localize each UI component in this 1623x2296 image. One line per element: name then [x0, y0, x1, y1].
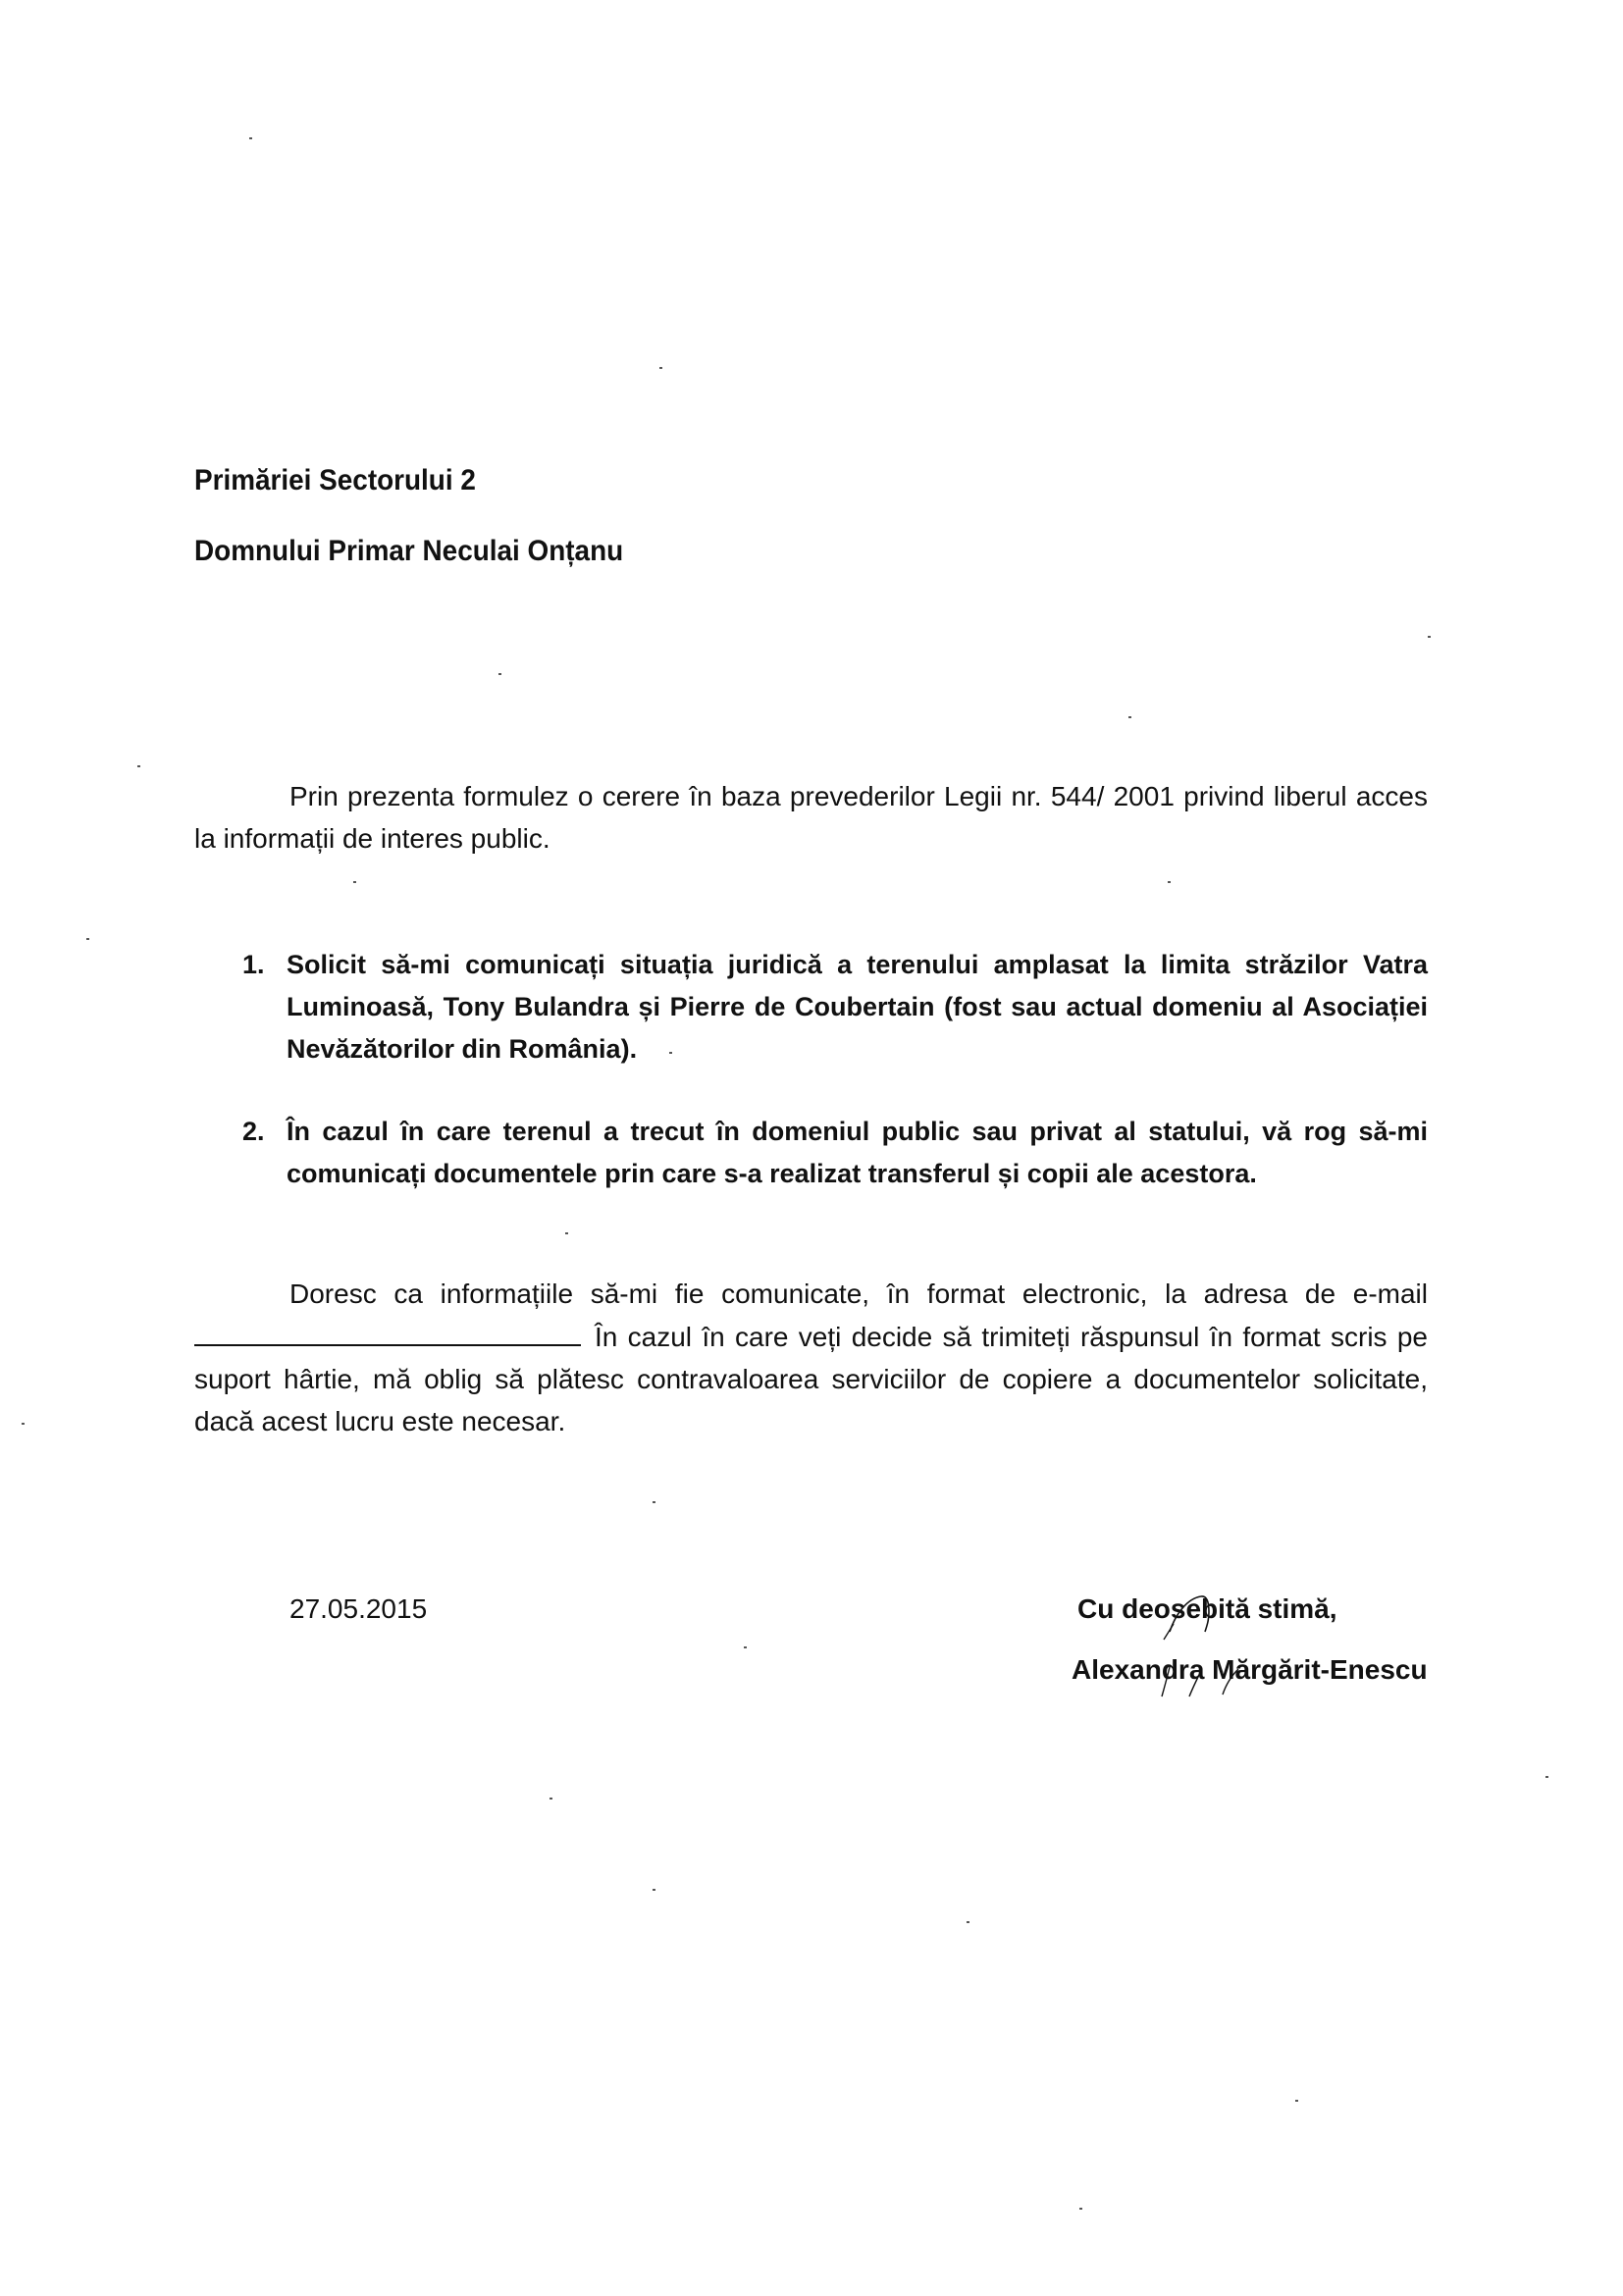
scan-speck — [565, 1232, 568, 1234]
email-address-blank-field[interactable] — [194, 1315, 581, 1346]
request-text: În cazul în care terenul a trecut în dom… — [287, 1111, 1428, 1195]
scan-speck — [653, 1501, 655, 1503]
scan-speck — [1428, 636, 1431, 638]
scan-speck — [744, 1646, 747, 1648]
scan-speck — [498, 673, 501, 675]
scan-speck — [1545, 1776, 1548, 1778]
scan-speck — [22, 1423, 25, 1425]
scan-speck — [86, 938, 89, 940]
request-number: 2. — [242, 1111, 265, 1153]
scan-speck — [550, 1798, 552, 1800]
intro-paragraph: Prin prezenta formulez o cerere în baza … — [194, 775, 1428, 860]
scan-speck — [659, 367, 662, 369]
scan-speck — [353, 881, 356, 883]
request-text: Solicit să-mi comunicați situația juridi… — [287, 944, 1428, 1070]
addressee-institution: Primăriei Sectorului 2 — [194, 463, 476, 498]
scan-speck — [249, 137, 252, 139]
scan-speck — [1295, 2100, 1298, 2102]
email-paragraph: Doresc ca informațiile să-mi fie comunic… — [194, 1273, 1428, 1442]
intro-paragraph-text: Prin prezenta formulez o cerere în baza … — [194, 781, 1428, 854]
letter-date: 27.05.2015 — [289, 1592, 427, 1627]
scanned-letter-page: Primăriei Sectorului 2 Domnului Primar N… — [0, 0, 1623, 2296]
scan-speck — [1128, 716, 1131, 718]
email-paragraph-lead: Doresc ca informațiile să-mi fie comunic… — [289, 1278, 1428, 1309]
signer-name: Alexandra Mărgărit-Enescu — [1072, 1652, 1428, 1688]
scan-speck — [137, 765, 140, 767]
scan-speck — [967, 1921, 969, 1923]
closing-salutation: Cu deosebită stimă, — [1077, 1592, 1337, 1627]
addressee-recipient: Domnului Primar Neculai Onțanu — [194, 534, 623, 569]
request-item: 1. Solicit să-mi comunicați situația jur… — [194, 944, 1428, 1070]
request-number: 1. — [242, 944, 265, 986]
request-item: 2. În cazul în care terenul a trecut în … — [194, 1111, 1428, 1195]
scan-speck — [653, 1889, 655, 1891]
scan-speck — [1168, 881, 1171, 883]
scan-speck — [1079, 2208, 1082, 2210]
